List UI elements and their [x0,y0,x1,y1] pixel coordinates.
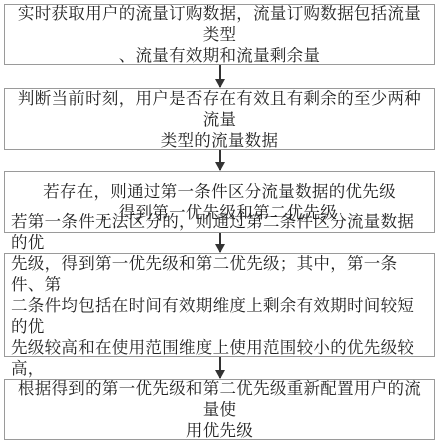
step-4-line-3: 二条件均包括在时间有效期维度上剩余有效期时间较短的优 [5,295,434,337]
arrow-down-icon [219,65,221,87]
step-4-line-2: 先级，得到第一优先级和第二优先级；其中，第一条件、第 [5,253,434,295]
step-2-box: 判断当前时刻，用户是否存在有效且有剩余的至少两种流量 类型的流量数据 [4,88,435,150]
step-4-box: 若第一条件无法区分的，则通过第二条件区分流量数据的优 先级，得到第一优先级和第二… [4,253,435,357]
step-2-line-1: 判断当前时刻，用户是否存在有效且有剩余的至少两种流量 [5,88,434,130]
step-1-box: 实时获取用户的流量订购数据，流量订购数据包括流量类型 、流量有效期和流量剩余量 [4,4,435,65]
step-5-line-2: 用优先级 [5,420,434,441]
step-2-line-2: 类型的流量数据 [5,130,434,151]
arrow-down-icon [219,150,221,170]
arrow-down-icon [219,357,221,378]
step-1-line-2: 、流量有效期和流量剩余量 [5,45,434,66]
step-4-line-1: 若第一条件无法区分的，则通过第二条件区分流量数据的优 [5,211,434,253]
step-1-line-1: 实时获取用户的流量订购数据，流量订购数据包括流量类型 [5,3,434,45]
step-5-box: 根据得到的第一优先级和第二优先级重新配置用户的流量使 用优先级 [4,379,435,440]
step-5-line-1: 根据得到的第一优先级和第二优先级重新配置用户的流量使 [5,378,434,420]
step-3-line-1: 若存在，则通过第一条件区分流量数据的优先级 [5,181,434,202]
